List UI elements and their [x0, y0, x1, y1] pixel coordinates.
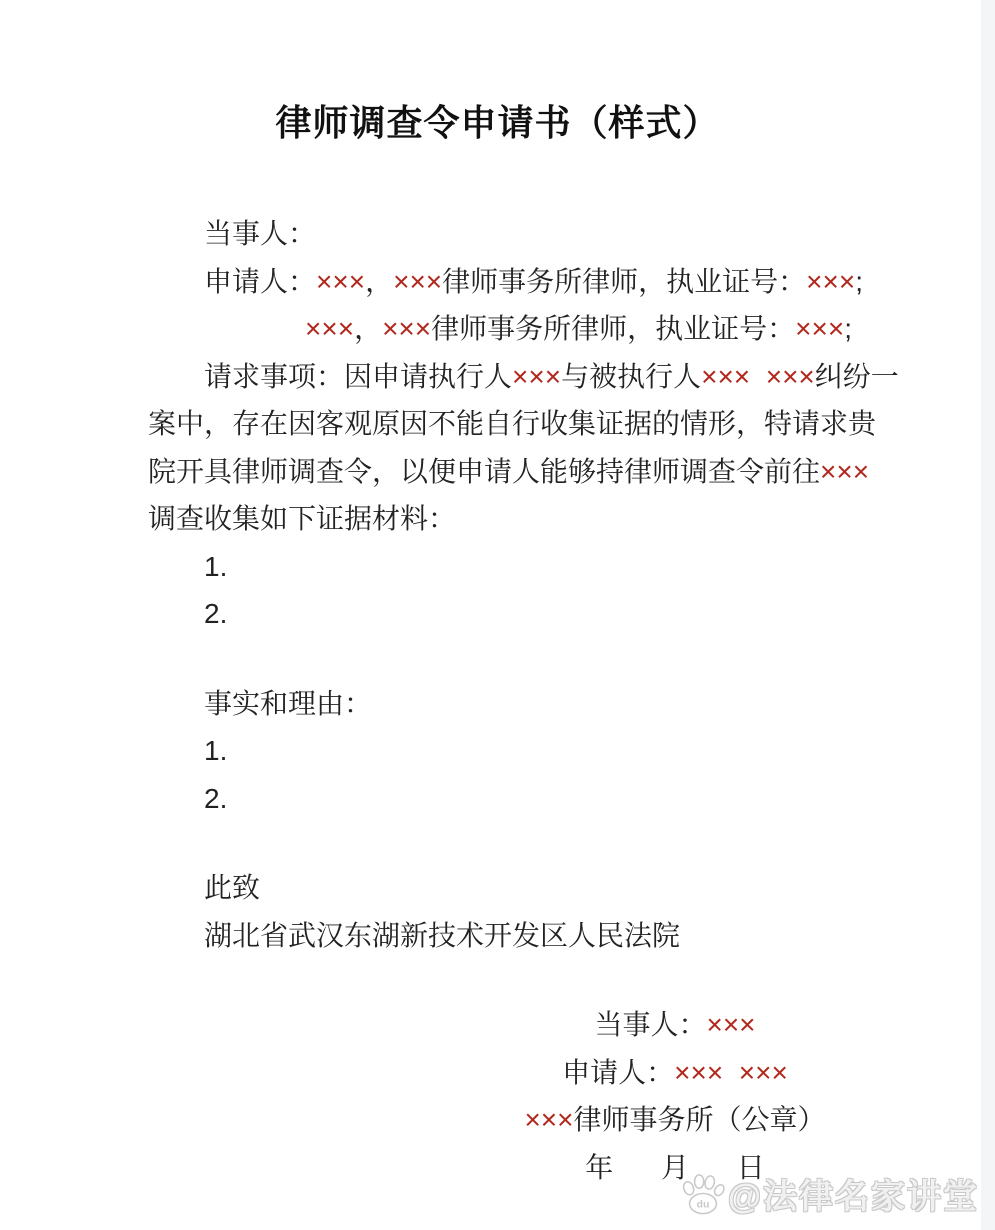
text-segment: 当事人： — [204, 218, 316, 249]
text-segment: 当事人： — [594, 1009, 706, 1040]
placeholder-xxx: ××× — [316, 266, 365, 297]
placeholder-xxx: ××× — [701, 361, 750, 392]
text-segment: 与被执行人 — [561, 361, 701, 392]
svg-text:du: du — [696, 1198, 709, 1210]
text-segment: 纠纷一 — [815, 361, 899, 392]
text-segment: 律师事务所律师，执业证号： — [431, 313, 795, 344]
text-segment: ; — [844, 313, 852, 344]
request-line-1: 请求事项：因申请执行人×××与被执行人××× ×××纠纷一 — [148, 353, 847, 401]
facts-item-2: 2. — [148, 775, 847, 823]
text-segment: 申请人： — [562, 1057, 674, 1088]
text-segment: 请求事项：因申请执行人 — [204, 361, 512, 392]
signature-firm-line: ×××律师事务所（公章） — [450, 1096, 900, 1144]
applicant-line-1: 申请人：×××，×××律师事务所律师，执业证号：×××; — [148, 258, 847, 306]
placeholder-xxx: ××× — [706, 1009, 755, 1040]
placeholder-xxx: ××× — [305, 313, 354, 344]
text-segment: 院开具律师调查令，以便申请人能够持律师调查令前往 — [148, 456, 820, 487]
court-name: 湖北省武汉东湖新技术开发区人民法院 — [148, 912, 847, 960]
placeholder-xxx: ××× — [512, 361, 561, 392]
page-edge-strip — [981, 0, 995, 1230]
document-page: 律师调查令申请书（样式） 当事人： 申请人：×××，×××律师事务所律师，执业证… — [0, 0, 995, 1230]
request-line-2: 案中，存在因客观原因不能自行收集证据的情形，特请求贵 — [148, 400, 847, 448]
placeholder-xxx: ××× — [795, 313, 844, 344]
text-segment — [750, 361, 766, 392]
text-segment: ， — [365, 266, 393, 297]
placeholder-xxx: ××× — [739, 1057, 788, 1088]
text-segment: 律师事务所（公章） — [574, 1104, 826, 1135]
text-segment: ， — [354, 313, 382, 344]
signature-party-line: 当事人：××× — [450, 1001, 900, 1049]
text-segment — [723, 1057, 739, 1088]
facts-item-1: 1. — [148, 727, 847, 775]
signature-block: 当事人：××× 申请人：××× ××× ×××律师事务所（公章） 年 月 日 — [450, 1001, 900, 1191]
request-line-4: 调查收集如下证据材料： — [148, 495, 847, 543]
request-line-3: 院开具律师调查令，以便申请人能够持律师调查令前往××× — [148, 448, 847, 496]
text-segment: 案中，存在因客观原因不能自行收集证据的情形，特请求贵 — [148, 408, 876, 439]
closing-line: 此致 — [148, 864, 847, 912]
text-segment: 申请人： — [204, 266, 316, 297]
evidence-item-2: 2. — [148, 590, 847, 638]
watermark: du @法律名家讲堂 — [680, 1169, 979, 1218]
watermark-handle: @法律名家讲堂 — [728, 1169, 979, 1218]
placeholder-xxx: ××× — [806, 266, 855, 297]
placeholder-xxx: ××× — [524, 1104, 573, 1135]
placeholder-xxx: ××× — [382, 313, 431, 344]
placeholder-xxx: ××× — [393, 266, 442, 297]
party-line: 当事人： — [148, 210, 847, 258]
document-body: 当事人： 申请人：×××，×××律师事务所律师，执业证号：×××; ×××，××… — [148, 210, 847, 959]
facts-heading: 事实和理由： — [148, 680, 847, 728]
document-content: 律师调查令申请书（样式） 当事人： 申请人：×××，×××律师事务所律师，执业证… — [148, 0, 847, 1191]
document-title: 律师调查令申请书（样式） — [148, 100, 847, 146]
text-segment: ; — [855, 266, 863, 297]
applicant-line-2: ×××，×××律师事务所律师，执业证号：×××; — [305, 305, 847, 353]
text-segment: 律师事务所律师，执业证号： — [442, 266, 806, 297]
placeholder-xxx: ××× — [766, 361, 815, 392]
placeholder-xxx: ××× — [674, 1057, 723, 1088]
placeholder-xxx: ××× — [820, 456, 869, 487]
text-segment: 调查收集如下证据材料： — [148, 503, 456, 534]
baidu-paw-icon: du — [680, 1172, 726, 1216]
evidence-item-1: 1. — [148, 543, 847, 591]
signature-applicant-line: 申请人：××× ××× — [450, 1049, 900, 1097]
